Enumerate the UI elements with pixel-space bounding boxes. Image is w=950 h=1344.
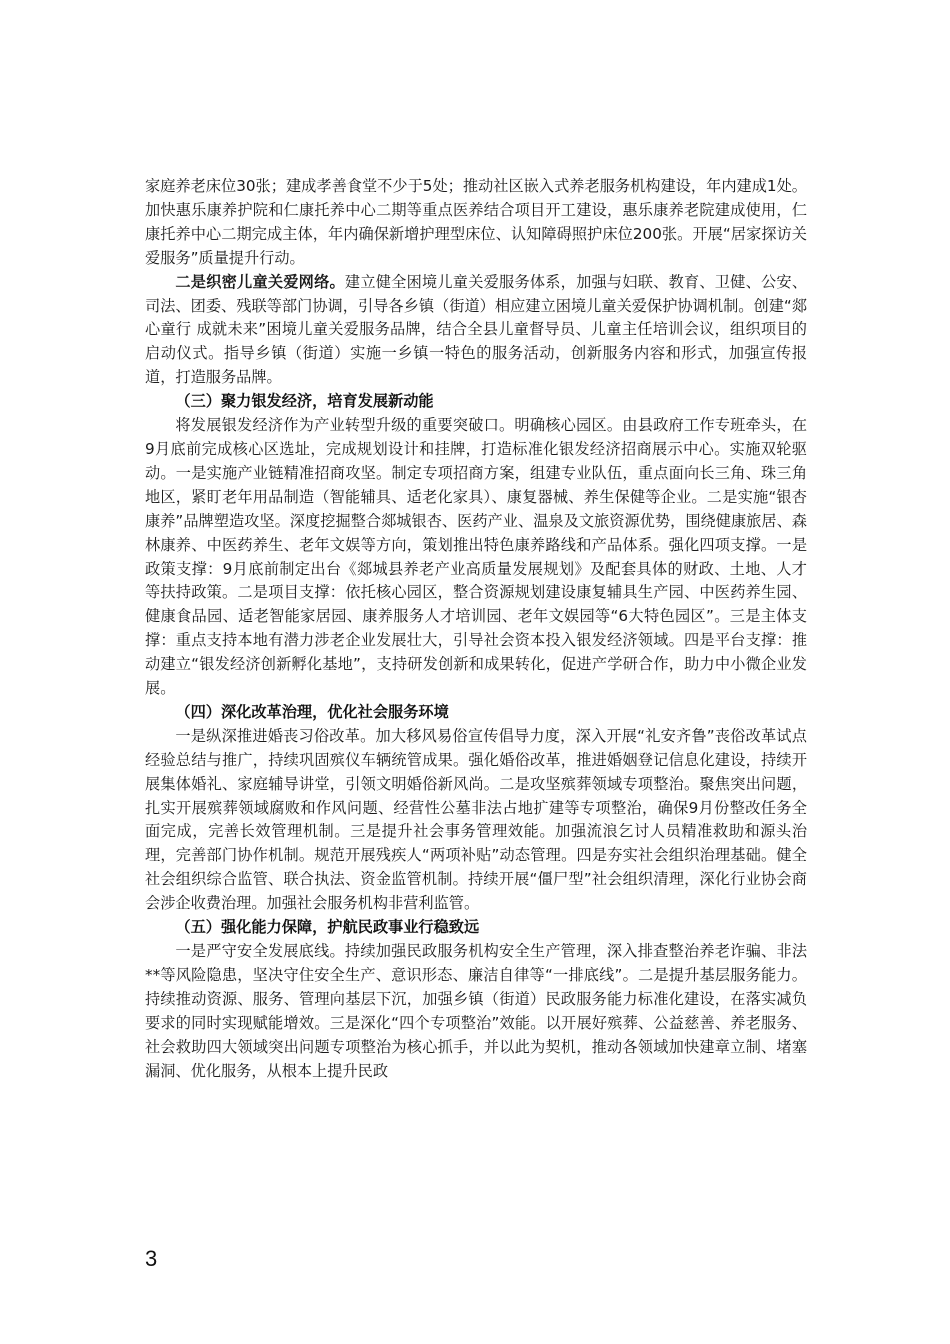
paragraph-child-care-network: 二是织密儿童关爱网络。建立健全困境儿童关爱服务体系，加强与妇联、教育、卫健、公安… xyxy=(145,271,807,391)
section-heading-4-reform-governance: （四）深化改革治理，优化社会服务环境 xyxy=(145,701,807,725)
paragraph-lead-child-care: 二是织密儿童关爱网络。 xyxy=(175,273,345,291)
section-heading-3-silver-economy: （三）聚力银发经济，培育发展新动能 xyxy=(145,390,807,414)
paragraph-elderly-care-continued: 家庭养老床位30张；建成孝善食堂不少于5处；推动社区嵌入式养老服务机构建设，年内… xyxy=(145,175,807,271)
paragraph-reform-governance: 一是纵深推进婚丧习俗改革。加大移风易俗宣传倡导力度，深入开展“礼安齐鲁”丧俗改革… xyxy=(145,725,807,916)
document-body: 家庭养老床位30张；建成孝善食堂不少于5处；推动社区嵌入式养老服务机构建设，年内… xyxy=(145,175,807,1083)
paragraph-silver-economy: 将发展银发经济作为产业转型升级的重要突破口。明确核心园区。由县政府工作专班牵头，… xyxy=(145,414,807,701)
document-page: 家庭养老床位30张；建成孝善食堂不少于5处；推动社区嵌入式养老服务机构建设，年内… xyxy=(0,0,950,1344)
paragraph-capacity-assurance: 一是严守安全发展底线。持续加强民政服务机构安全生产管理，深入排查整治养老诈骗、非… xyxy=(145,940,807,1083)
page-number: 3 xyxy=(145,1246,157,1272)
section-heading-5-capacity-assurance: （五）强化能力保障，护航民政事业行稳致远 xyxy=(145,916,807,940)
